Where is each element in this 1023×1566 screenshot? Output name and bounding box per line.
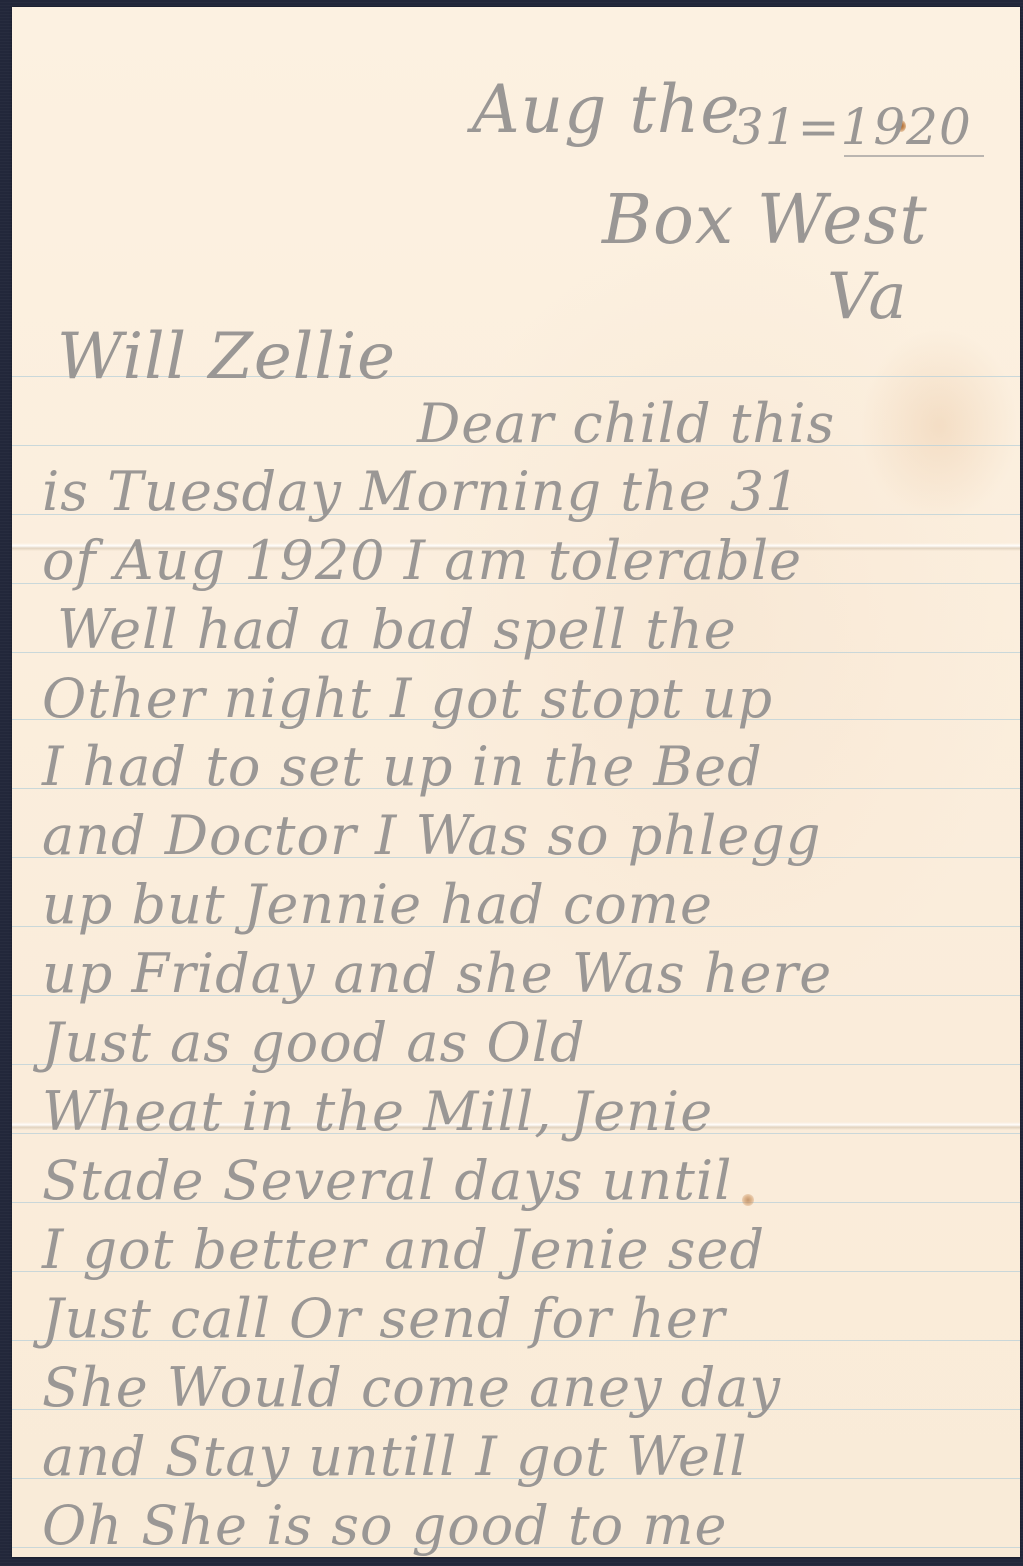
body-line: of Aug 1920 I am tolerable [42,534,802,588]
salutation: Will Zellie [57,325,396,389]
body-line: up but Jennie had come [42,878,713,932]
body-line: Other night I got stopt up [42,672,773,726]
body-line: and Doctor I Was so phlegg [42,809,821,863]
body-line: up Friday and she Was here [42,947,832,1001]
body-line: Dear child this [417,397,835,451]
letter-page: Aug the 31=1920 Box West Va Will Zellie … [12,7,1020,1557]
place-line-1: Box West [602,187,928,255]
body-line: Just call Or send for her [42,1292,726,1346]
body-line: is Tuesday Morning the 31 [42,465,801,519]
body-line: Well had a bad spell the [57,603,737,657]
body-line: She Would come aney day [42,1361,781,1415]
body-line: Just as good as Old [42,1016,586,1070]
date-line-2: 31=1920 [732,102,972,152]
date-underline [844,155,984,157]
body-line: I got better and Jenie sed [42,1223,765,1277]
date-line-1: Aug the [472,77,741,143]
place-line-2: Va [827,265,908,329]
body-line: and Stay untill I got Well [42,1430,748,1484]
body-line: Stade Several days until [42,1154,732,1208]
body-line: Wheat in the Mill, Jenie [42,1085,713,1139]
body-line: I had to set up in the Bed [42,740,763,794]
stain-spot [742,1194,754,1206]
body-line: Oh She is so good to me [42,1499,728,1553]
